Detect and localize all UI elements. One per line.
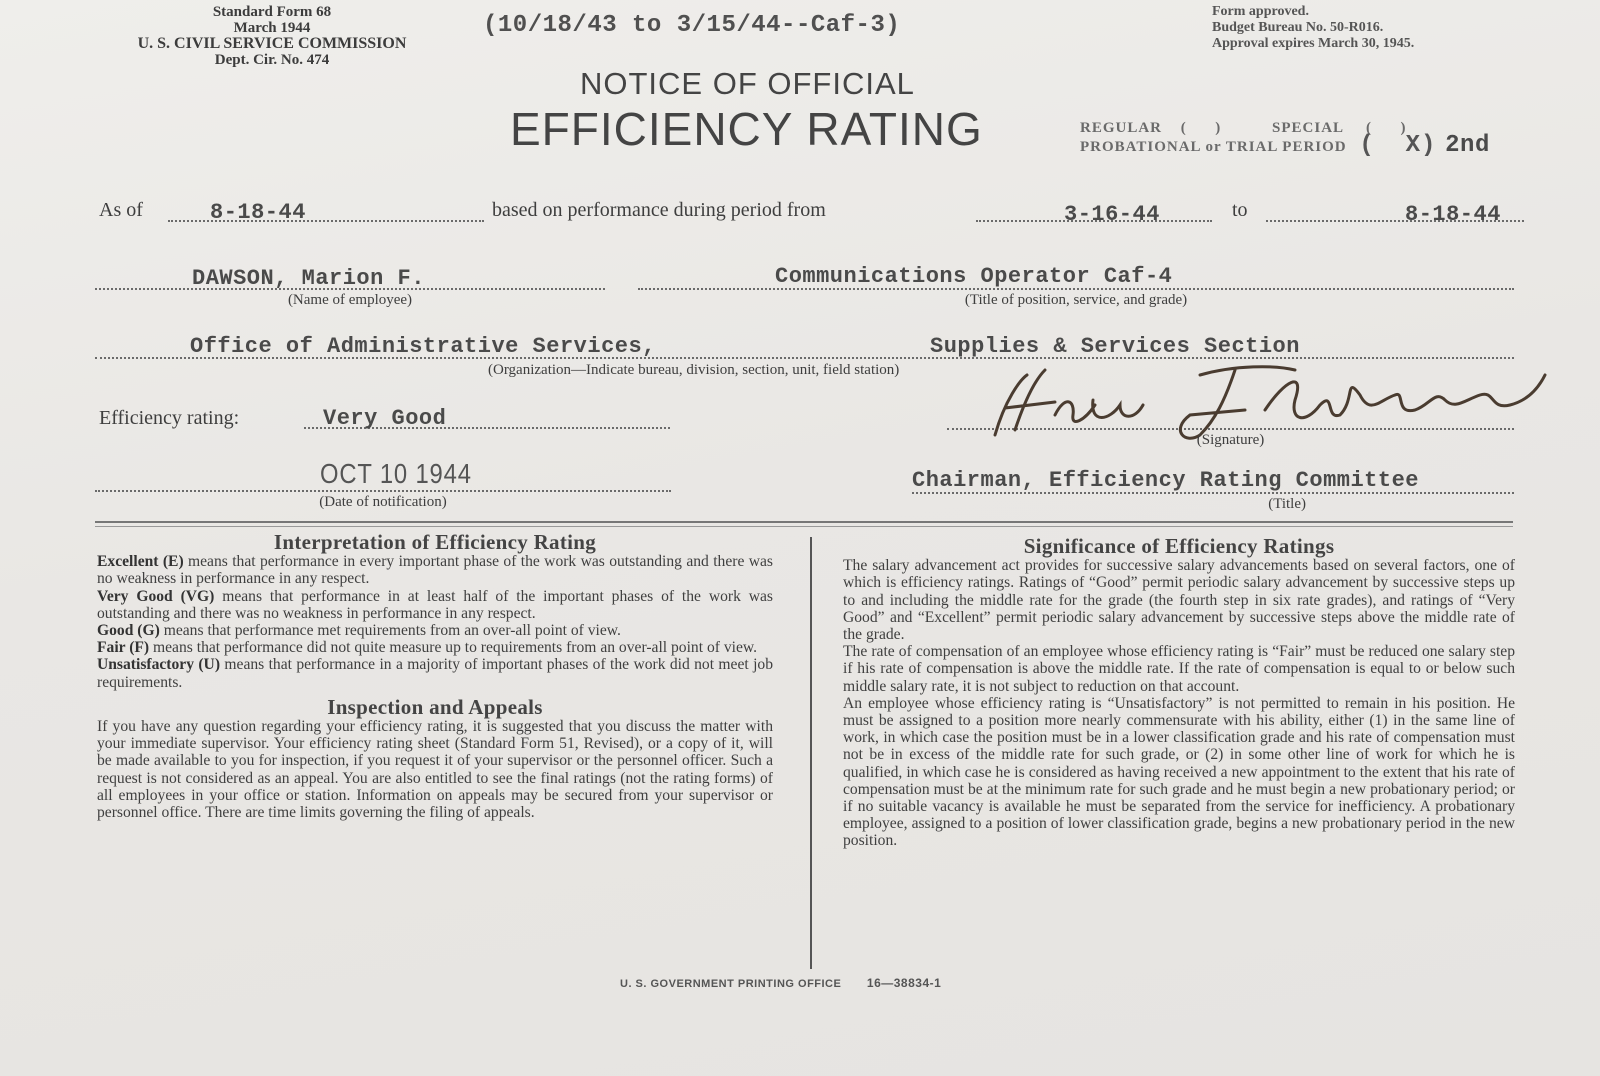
special-label: SPECIAL — [1272, 120, 1343, 136]
notification-date-line — [95, 490, 671, 492]
definition-text: means that performance met requirements … — [160, 622, 621, 639]
rating-type-checkboxes: REGULAR ( ) SPECIAL ( ) PROBATIONAL or T… — [1080, 120, 1490, 156]
employee-name-caption: (Name of employee) — [95, 292, 605, 309]
organization-field-part1[interactable]: Office of Administrative Services, — [190, 334, 656, 359]
signature-caption: (Signature) — [947, 432, 1514, 449]
period-to-field[interactable]: 8-18-44 — [1405, 202, 1501, 227]
as-of-label: As of — [99, 199, 143, 222]
signer-title-caption: (Title) — [912, 496, 1306, 513]
form-document: Standard Form 68 March 1944 U. S. CIVIL … — [0, 0, 1600, 1076]
approval-line-3: Approval expires March 30, 1945. — [1212, 36, 1414, 52]
rating-definition-fair: Fair (F) means that performance did not … — [97, 639, 773, 656]
efficiency-rating-label: Efficiency rating: — [99, 407, 239, 430]
section-divider-thin — [95, 526, 1513, 527]
term-unsatisfactory: Unsatisfactory (U) — [97, 656, 220, 673]
column-divider — [810, 537, 812, 969]
agency-name: U. S. CIVIL SERVICE COMMISSION — [92, 36, 452, 52]
position-title-caption: (Title of position, service, and grade) — [638, 292, 1514, 309]
rating-definition-good: Good (G) means that performance met requ… — [97, 622, 773, 639]
probational-label: PROBATIONAL or TRIAL PERIOD — [1080, 139, 1347, 155]
significance-paragraph-2: The rate of compensation of an employee … — [843, 643, 1515, 695]
term-excellent: Excellent (E) — [97, 553, 184, 570]
term-good: Good (G) — [97, 622, 160, 639]
approval-line-1: Form approved. — [1212, 4, 1414, 20]
interpretation-section: Interpretation of Efficiency Rating Exce… — [97, 534, 773, 821]
budget-approval: Form approved. Budget Bureau No. 50-R016… — [1212, 4, 1414, 52]
rating-definition-very-good: Very Good (VG) means that performance in… — [97, 588, 773, 622]
interpretation-heading: Interpretation of Efficiency Rating — [97, 534, 773, 551]
organization-caption: (Organization—Indicate bureau, division,… — [488, 362, 899, 379]
significance-paragraph-3: An employee whose efficiency rating is “… — [843, 695, 1515, 850]
significance-paragraph-1: The salary advancement act provides for … — [843, 557, 1515, 643]
position-title-field[interactable]: Communications Operator Caf-4 — [775, 264, 1172, 289]
approval-line-2: Budget Bureau No. 50-R016. — [1212, 20, 1414, 36]
signer-title-field[interactable]: Chairman, Efficiency Rating Committee — [912, 468, 1419, 493]
period-label: based on performance during period from — [492, 199, 826, 222]
typed-prior-period: (10/18/43 to 3/15/44--Caf-3) — [483, 12, 900, 39]
probational-checkbox[interactable]: ( X) — [1359, 132, 1436, 159]
as-of-date-field[interactable]: 8-18-44 — [210, 200, 306, 225]
significance-heading: Significance of Efficiency Ratings — [843, 538, 1515, 555]
significance-section: Significance of Efficiency Ratings The s… — [843, 538, 1515, 850]
title-line-1: NOTICE OF OFFICIAL — [580, 66, 915, 102]
organization-field-part2[interactable]: Supplies & Services Section — [930, 334, 1300, 359]
form-identification: Standard Form 68 March 1944 U. S. CIVIL … — [92, 4, 452, 68]
printer-imprint: U. S. GOVERNMENT PRINTING OFFICE 16—3883… — [620, 976, 941, 990]
printer-name: U. S. GOVERNMENT PRINTING OFFICE — [620, 978, 841, 990]
page-title: EFFICIENCY RATING — [510, 102, 983, 156]
period-from-field[interactable]: 3-16-44 — [1064, 202, 1160, 227]
to-label: to — [1232, 199, 1248, 222]
definition-text: means that performance in every importan… — [97, 553, 773, 587]
definition-text: means that performance did not quite mea… — [149, 639, 757, 656]
regular-checkbox[interactable]: ( ) — [1181, 120, 1222, 136]
section-divider — [95, 521, 1513, 523]
form-date: March 1944 — [92, 20, 452, 36]
notification-date-stamp: OCT 10 1944 — [320, 458, 472, 490]
rating-definition-unsatisfactory: Unsatisfactory (U) means that performanc… — [97, 656, 773, 690]
probational-note: 2nd — [1445, 132, 1490, 159]
form-number: Standard Form 68 — [92, 4, 452, 20]
regular-label: REGULAR — [1080, 120, 1162, 136]
rating-definition-excellent: Excellent (E) means that performance in … — [97, 553, 773, 587]
employee-name-field[interactable]: DAWSON, Marion F. — [192, 266, 425, 291]
appeals-heading: Inspection and Appeals — [97, 699, 773, 716]
term-fair: Fair (F) — [97, 639, 149, 656]
efficiency-rating-field[interactable]: Very Good — [323, 406, 446, 431]
print-code: 16—38834-1 — [867, 976, 941, 990]
term-very-good: Very Good (VG) — [97, 588, 214, 605]
notification-date-caption: (Date of notification) — [95, 494, 671, 511]
circular-number: Dept. Cir. No. 474 — [92, 52, 452, 68]
appeals-text: If you have any question regarding your … — [97, 718, 773, 821]
